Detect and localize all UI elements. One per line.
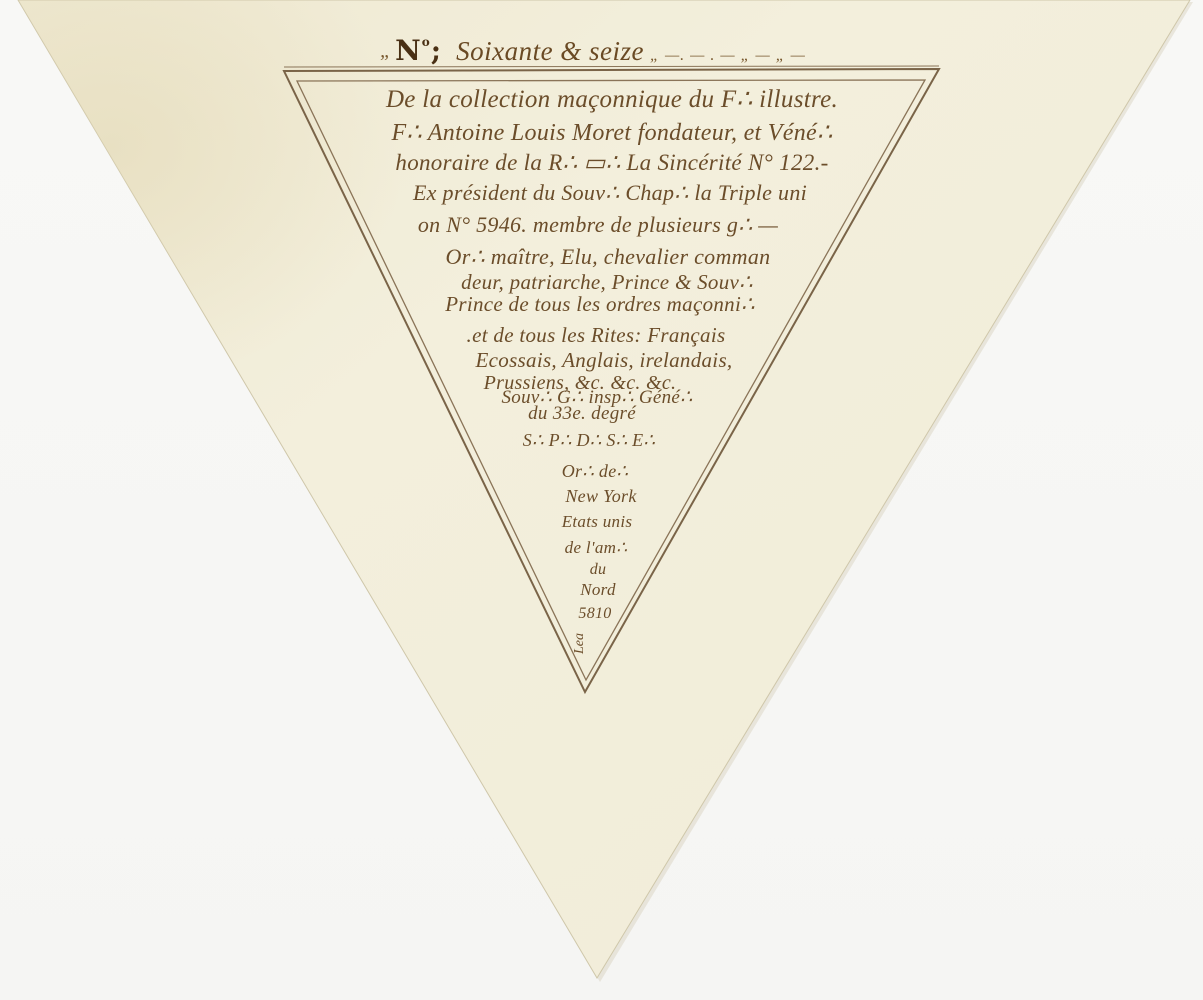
trailing-marks: „ —. — . — „ — „ — — [650, 47, 806, 64]
document-page: „No;Soixante & seize„ —. — . — „ — „ — D… — [0, 0, 1203, 1000]
body-line: Or∴ de∴ — [562, 461, 629, 482]
body-line: on N° 5946. membre de plusieurs g∴ — — [418, 212, 778, 238]
body-line: honoraire de la R∴ ▭∴ La Sincérité N° 12… — [395, 150, 828, 176]
certificate-number-heading: „No;Soixante & seize„ —. — . — „ — „ — — [380, 34, 940, 74]
body-line: 5810 — [578, 605, 611, 623]
body-line: S∴ P∴ D∴ S∴ E∴ — [523, 430, 655, 451]
body-line: De la collection maçonnique du F∴ illust… — [386, 84, 838, 114]
number-words: Soixante & seize — [456, 36, 644, 66]
body-line: de l'am∴ — [565, 538, 628, 558]
open-quote: „ — [380, 40, 391, 62]
body-line: du 33e. degré — [528, 403, 636, 425]
body-line: F∴ Antoine Louis Moret fondateur, et Vén… — [391, 118, 832, 147]
signature-flourish: Lea — [572, 636, 602, 654]
body-line: Etats unis — [562, 512, 633, 532]
body-line: Or∴ maître, Elu, chevalier comman — [446, 244, 771, 270]
body-line: New York — [565, 486, 636, 507]
body-line: du — [590, 561, 607, 579]
body-line: Ecossais, Anglais, irelandais, — [476, 348, 733, 373]
body-line: .et de tous les Rites: Français — [467, 323, 726, 348]
body-line: Ex président du Souv∴ Chap∴ la Triple un… — [413, 180, 807, 206]
body-line: Prince de tous les ordres maçonni∴ — [445, 292, 755, 317]
body-line: Nord — [580, 580, 616, 600]
number-label: No; — [395, 34, 442, 67]
